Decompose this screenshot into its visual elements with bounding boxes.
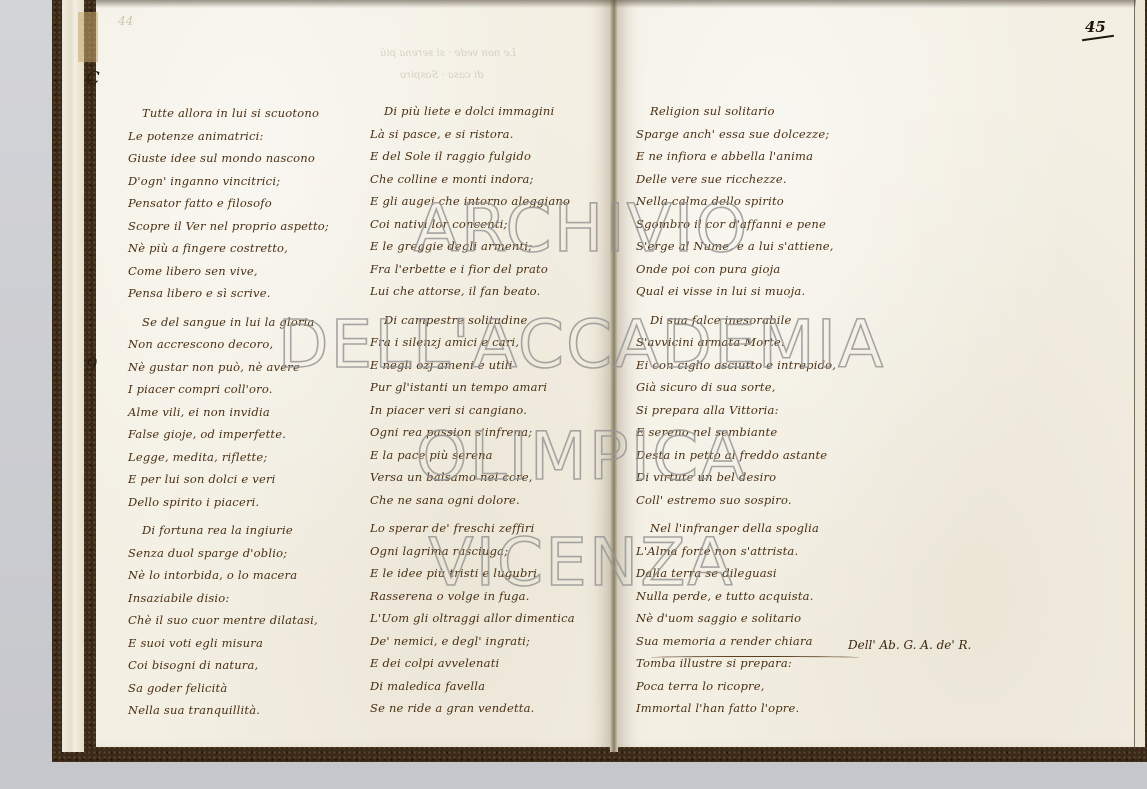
verse-line: Nulla perde, e tutto acquista. [636, 585, 836, 608]
page-stack-edge [62, 0, 84, 752]
verse-line: Nè più a fingere costretto, [128, 237, 329, 260]
verse-line: Lo sperar de' freschi zeffiri [370, 517, 575, 540]
verse-line: L'Uom gli oltraggi allor dimentica [370, 607, 575, 630]
verse-line: Religion sul solitario [636, 100, 836, 123]
verse-line: Coi bisogni di natura, [128, 654, 329, 677]
verse-line: Nel l'infranger della spoglia [636, 517, 836, 540]
verse-line: Di campestre solitudine [370, 309, 575, 332]
verse-line: Già sicuro di sua sorte, [636, 376, 836, 399]
verse-line: Ei con ciglio asciutto e intrepido, [636, 354, 836, 377]
bleed-through-text: di casa · Sospiro [400, 70, 483, 81]
verse-line: E gli augei che intorno aleggiano [370, 190, 575, 213]
verse-line: In piacer veri si cangiano. [370, 399, 575, 422]
verse-line: Versa un balsamo nel core, [370, 466, 575, 489]
bleed-through-text: Le non vede · sì serena più [380, 48, 516, 59]
verse-line: E sereno nel sembiante [636, 421, 836, 444]
stanza: Nel l'infranger della spoglia L'Alma for… [636, 517, 836, 720]
verse-line: Nella sua tranquillità. [128, 699, 329, 722]
verse-line: L'Alma forte non s'attrista. [636, 540, 836, 563]
verse-line: E suoi voti egli misura [128, 632, 329, 655]
poem-column-left: Tutte allora in lui si scuotono Le poten… [128, 102, 329, 722]
verse-line: Tutte allora in lui si scuotono [128, 102, 329, 125]
verse-line: Immortal l'han fatto l'opre. [636, 697, 836, 720]
stanza: Di campestre solitudine Fra i silenzj am… [370, 309, 575, 512]
verse-line: Pensator fatto e filosofo [128, 192, 329, 215]
verse-line: E le idee più tristi e lugubri [370, 562, 575, 585]
folio-number-right: 45 [1085, 18, 1106, 36]
verse-line: Nè d'uom saggio e solitario [636, 607, 836, 630]
verse-line: Insaziabile disio: [128, 587, 329, 610]
verse-line: Di sua falce inesorabile [636, 309, 836, 332]
right-page-edge [1134, 0, 1145, 747]
verse-line: Di fortuna rea la ingiurie [128, 519, 329, 542]
verse-line: S'erge al Nume, e a lui s'attiene, [636, 235, 836, 258]
verse-line: Legge, medita, riflette; [128, 446, 329, 469]
verse-line: E negli ozj ameni e utili [370, 354, 575, 377]
book-spine [610, 0, 618, 752]
verse-line: Se ne ride a gran vendetta. [370, 697, 575, 720]
verse-line: Ogni rea passion s'infrena; [370, 421, 575, 444]
verse-line: E la pace più serena [370, 444, 575, 467]
verse-line: Rasserena o volge in fuga. [370, 585, 575, 608]
verse-line: Coll' estremo suo sospiro. [636, 489, 836, 512]
stanza: Lo sperar de' freschi zeffiri Ogni lagri… [370, 517, 575, 720]
verse-line: Qual ei visse in lui si muoja. [636, 280, 836, 303]
verse-line: Sa goder felicità [128, 677, 329, 700]
verse-line: Coi nativi lor concenti; [370, 213, 575, 236]
verse-line: Sua memoria a render chiara [636, 630, 836, 653]
verse-line: S'avvicini armata Morte. [636, 331, 836, 354]
verse-line: E le greggie degli armenti; [370, 235, 575, 258]
verse-line: Pensa libero e sì scrive. [128, 282, 329, 305]
verse-line: Senza duol sparge d'oblio; [128, 542, 329, 565]
verse-line: Poca terra lo ricopre, [636, 675, 836, 698]
verse-line: Di virtute un bel desiro [636, 466, 836, 489]
stanza: Di più liete e dolci immagini Là si pasc… [370, 100, 575, 303]
margin-mark-c: C [86, 68, 100, 89]
verse-line: Non accrescono decoro, [128, 333, 329, 356]
verse-line: Di maledica favella [370, 675, 575, 698]
verse-line: E dei colpi avvelenati [370, 652, 575, 675]
verse-line: Nella calma dello spirito [636, 190, 836, 213]
verse-line: Si prepara alla Vittoria: [636, 399, 836, 422]
verse-line: Giuste idee sul mondo nascono [128, 147, 329, 170]
verse-line: Onde poi con pura gioja [636, 258, 836, 281]
stanza: Di sua falce inesorabile S'avvicini arma… [636, 309, 836, 512]
stanza: Tutte allora in lui si scuotono Le poten… [128, 102, 329, 305]
verse-line: Le potenze animatrici: [128, 125, 329, 148]
stanza: Religion sul solitario Sparge anch' essa… [636, 100, 836, 303]
author-signature: Dell' Ab. G. A. de' R. [848, 638, 971, 652]
verse-line: Che ne sana ogni dolore. [370, 489, 575, 512]
verse-line: Dello spirito i piaceri. [128, 491, 329, 514]
verse-line: Desta in petto al freddo astante [636, 444, 836, 467]
closing-flourish [650, 656, 860, 659]
verse-line: Lui che attorse, il fan beato. [370, 280, 575, 303]
folio-number-left: 44 [118, 14, 133, 28]
stanza: Di fortuna rea la ingiurie Senza duol sp… [128, 519, 329, 722]
tape-strip [78, 12, 98, 62]
verse-line: Di più liete e dolci immagini [370, 100, 575, 123]
poem-column-right: Religion sul solitario Sparge anch' essa… [636, 100, 836, 720]
verse-line: E ne infiora e abbella l'anima [636, 145, 836, 168]
verse-line: Scopre il Ver nel proprio aspetto; [128, 215, 329, 238]
verse-line: Se del sangue in lui la gloria [128, 311, 329, 334]
verse-line: False gioje, od imperfette. [128, 423, 329, 446]
verse-line: Delle vere sue ricchezze. [636, 168, 836, 191]
verse-line: Che colline e monti indora; [370, 168, 575, 191]
verse-line: Nè lo intorbida, o lo macera [128, 564, 329, 587]
verse-line: Nè gustar non può, nè avere [128, 356, 329, 379]
verse-line: Dalla terra se dileguasi [636, 562, 836, 585]
stanza: Se del sangue in lui la gloria Non accre… [128, 311, 329, 514]
verse-line: Come libero sen vive, [128, 260, 329, 283]
verse-line: Sparge anch' essa sue dolcezze; [636, 123, 836, 146]
verse-line: E per lui son dolci e veri [128, 468, 329, 491]
top-shadow [96, 0, 1136, 8]
verse-line: De' nemici, e degl' ingrati; [370, 630, 575, 653]
verse-line: Ogni lagrima rasciuga; [370, 540, 575, 563]
margin-mark-9: 9 [86, 354, 97, 375]
verse-line: I piacer compri coll'oro. [128, 378, 329, 401]
verse-line: Alme vili, ei non invidia [128, 401, 329, 424]
verse-line: Fra l'erbette e i fior del prato [370, 258, 575, 281]
verse-line: E del Sole il raggio fulgido [370, 145, 575, 168]
verse-line: Fra i silenzj amici e cari, [370, 331, 575, 354]
verse-line: Chè il suo cuor mentre dilatasi, [128, 609, 329, 632]
poem-column-middle: Di più liete e dolci immagini Là si pasc… [370, 100, 575, 720]
verse-line: D'ogn' inganno vincitrici; [128, 170, 329, 193]
verse-line: Sgombro il cor d'affanni e pene [636, 213, 836, 236]
verse-line: Là si pasce, e si ristora. [370, 123, 575, 146]
verse-line: Pur gl'istanti un tempo amari [370, 376, 575, 399]
